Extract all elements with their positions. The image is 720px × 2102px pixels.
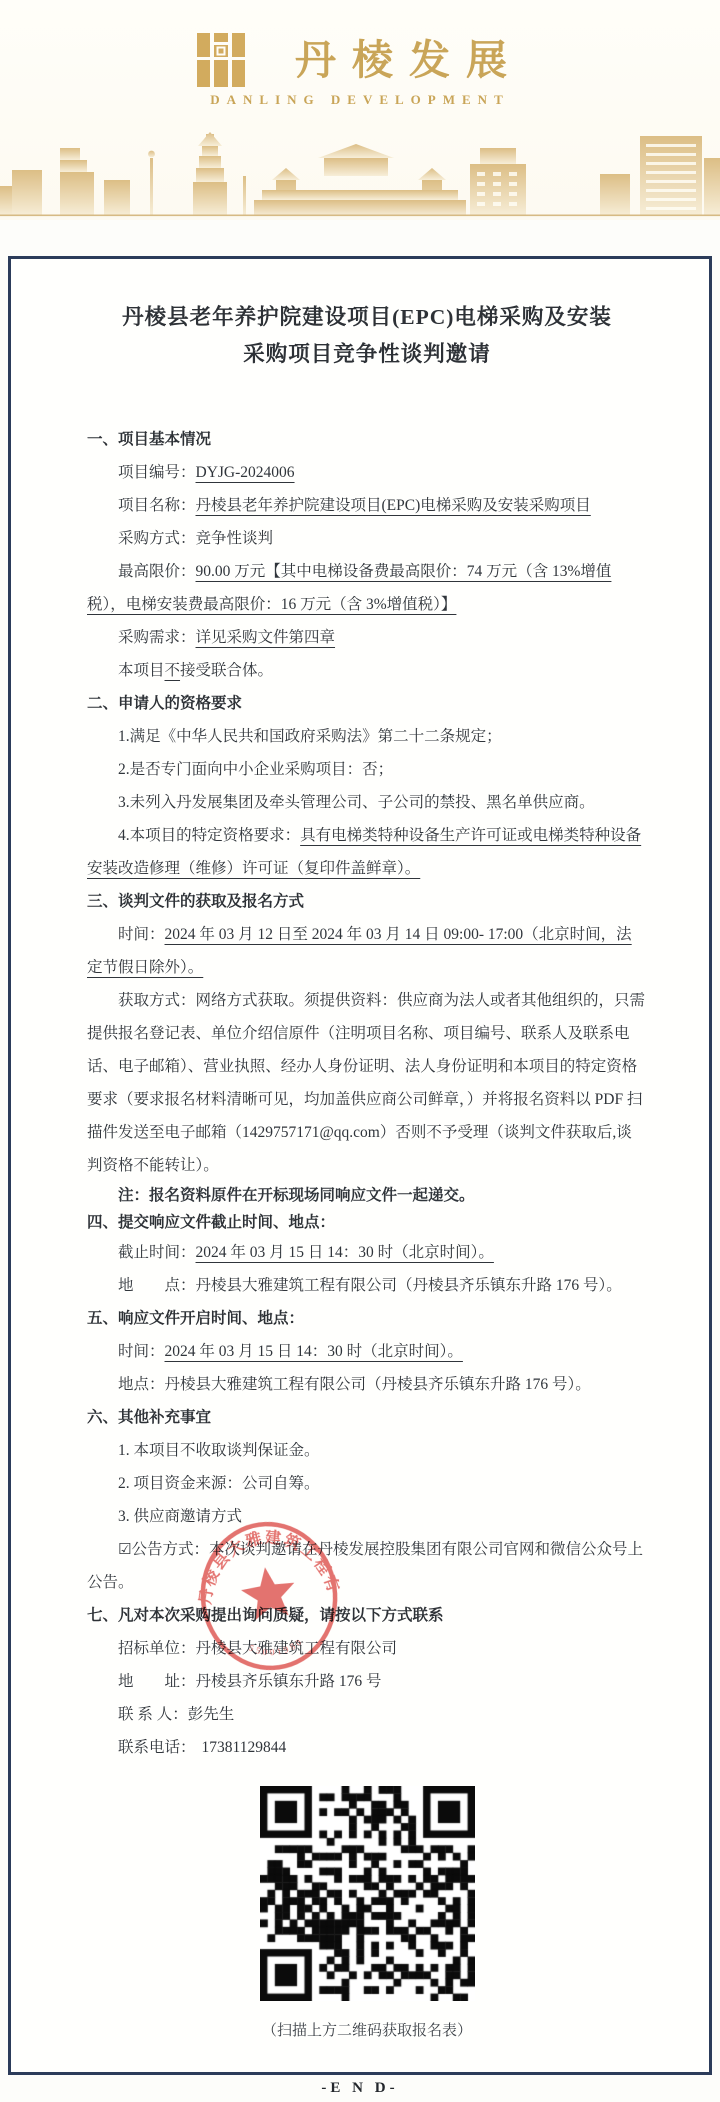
brand-name-en: DANLING DEVELOPMENT [0, 92, 720, 108]
no-consortium-underlined: 不 [165, 662, 181, 679]
contact-person-value: 彭先生 [188, 1706, 235, 1723]
section-4-heading: 四、提交响应文件截止时间、地点： [87, 1209, 647, 1236]
obtain-method-paragraph: 获取方式：网络方式获取。须提供资料：供应商为法人或者其他组织的，只需提供报名登记… [87, 984, 647, 1182]
deadline-value: 2024 年 03 月 15 日 14：30 时（北京时间）。 [196, 1244, 494, 1261]
project-name-line: 项目名称：丹棱县老年养护院建设项目(EPC)电梯采购及安装采购项目 [87, 489, 647, 522]
demand-line: 采购需求：详见采购文件第四章 [87, 621, 647, 654]
danling-logo-icon [197, 33, 245, 87]
contact-phone-value: 17381129844 [202, 1739, 287, 1756]
qualification-item-1: 1.满足《中华人民共和国政府采购法》第二十二条规定； [87, 720, 647, 753]
title-line-1: 丹棱县老年养护院建设项目(EPC)电梯采购及安装 [87, 299, 647, 336]
project-number-label: 项目编号： [118, 464, 196, 481]
section-1-heading: 一、项目基本情况 [87, 423, 647, 456]
qualification-item-3: 3.未列入丹发展集团及牵头管理公司、子公司的禁投、黑名单供应商。 [87, 786, 647, 819]
address-value: 丹棱县齐乐镇东升路 176 号 [196, 1673, 382, 1690]
checked-checkbox-icon: ☑ [118, 1540, 131, 1558]
project-name-label: 项目名称： [118, 497, 196, 514]
submit-place-label: 地 点： [118, 1277, 196, 1294]
announce-method-line: ☑公告方式：本次谈判邀请在丹棱发展控股集团有限公司官网和微信公众号上公告。 [87, 1533, 647, 1599]
contact-phone-line: 联系电话：17381129844 [87, 1731, 647, 1764]
section-5-heading: 五、响应文件开启时间、地点： [87, 1302, 647, 1335]
section-3-heading: 三、谈判文件的获取及报名方式 [87, 885, 647, 918]
brand-row: 丹棱发展 [0, 32, 720, 88]
no-consortium-post: 接受联合体。 [180, 662, 273, 679]
deadline-line: 截止时间：2024 年 03 月 15 日 14：30 时（北京时间）。 [87, 1236, 647, 1269]
tender-org-line: 招标单位：丹棱县大雅建筑工程有限公司 [87, 1632, 647, 1665]
obtain-time-label: 时间： [118, 926, 165, 943]
announcement-document: 丹棱县老年养护院建设项目(EPC)电梯采购及安装 采购项目竞争性谈判邀请 一、项… [8, 256, 712, 2075]
open-place-value: 丹棱县大雅建筑工程有限公司（丹棱县齐乐镇东升路 176 号）。 [165, 1376, 591, 1393]
deadline-label: 截止时间： [118, 1244, 196, 1261]
skyline-graphic [0, 118, 720, 220]
supplement-item-2: 2. 项目资金来源：公司自筹。 [87, 1467, 647, 1500]
stamp-anchor-block: 丹棱县大雅建筑工程有限公司 55001980 ☑公告方式：本次谈判邀请在丹棱发展… [87, 1533, 647, 1764]
section-2-heading: 二、申请人的资格要求 [87, 687, 647, 720]
qualification-item-4: 4.本项目的特定资格要求：具有电梯类特种设备生产许可证或电梯类特种设备安装改造修… [87, 819, 647, 885]
project-number-line: 项目编号：DYJG-2024006 [87, 456, 647, 489]
title-line-2: 采购项目竞争性谈判邀请 [87, 336, 647, 373]
qualification-item-2: 2.是否专门面向中小企业采购项目：否； [87, 753, 647, 786]
tender-org-label: 招标单位： [118, 1640, 196, 1657]
contact-person-line: 联 系 人：彭先生 [87, 1698, 647, 1731]
qr-caption: （扫描上方二维码获取报名表） [87, 2016, 647, 2046]
section-6-heading: 六、其他补充事宜 [87, 1401, 647, 1434]
project-name-value: 丹棱县老年养护院建设项目(EPC)电梯采购及安装采购项目 [196, 497, 591, 514]
brand-name: 丹棱发展 [279, 32, 523, 88]
no-consortium-line: 本项目不接受联合体。 [87, 654, 647, 687]
supplement-item-1: 1. 本项目不收取谈判保证金。 [87, 1434, 647, 1467]
open-time-line: 时间：2024 年 03 月 15 日 14：30 时（北京时间）。 [87, 1335, 647, 1368]
no-consortium-pre: 本项目 [118, 662, 165, 679]
qr-code [260, 1786, 475, 2001]
open-time-label: 时间： [118, 1343, 165, 1360]
project-number-value: DYJG-2024006 [196, 464, 295, 481]
procurement-method-label: 采购方式： [118, 530, 196, 547]
obtain-time-line: 时间：2024 年 03 月 12 日至 2024 年 03 月 14 日 09… [87, 918, 647, 984]
demand-value: 详见采购文件第四章 [196, 629, 336, 646]
page: 丹棱发展 DANLING DEVELOPMENT [0, 0, 720, 2102]
open-place-line: 地点：丹棱县大雅建筑工程有限公司（丹棱县齐乐镇东升路 176 号）。 [87, 1368, 647, 1401]
qualification-item-4-pre: 4.本项目的特定资格要求： [118, 827, 300, 844]
address-line: 地 址：丹棱县齐乐镇东升路 176 号 [87, 1665, 647, 1698]
open-time-value: 2024 年 03 月 15 日 14：30 时（北京时间）。 [165, 1343, 463, 1360]
open-place-label: 地点： [118, 1376, 165, 1393]
procurement-method-value: 竞争性谈判 [196, 530, 274, 547]
supplement-item-3: 3. 供应商邀请方式 [87, 1500, 647, 1533]
end-mark: -E N D- [0, 2077, 720, 2099]
header: 丹棱发展 DANLING DEVELOPMENT [0, 0, 720, 220]
submit-place-line: 地 点：丹棱县大雅建筑工程有限公司（丹棱县齐乐镇东升路 176 号）。 [87, 1269, 647, 1302]
note-line: 注：报名资料原件在开标现场同响应文件一起递交。 [87, 1182, 647, 1209]
obtain-time-value: 2024 年 03 月 12 日至 2024 年 03 月 14 日 09:00… [87, 926, 632, 976]
announce-method-text: 公告方式：本次谈判邀请在丹棱发展控股集团有限公司官网和微信公众号上公告。 [87, 1541, 643, 1591]
document-title: 丹棱县老年养护院建设项目(EPC)电梯采购及安装 采购项目竞争性谈判邀请 [87, 299, 647, 373]
procurement-method-line: 采购方式：竞争性谈判 [87, 522, 647, 555]
price-limit-line: 最高限价：90.00 万元【其中电梯设备费最高限价：74 万元（含 13%增值税… [87, 555, 647, 621]
submit-place-value: 丹棱县大雅建筑工程有限公司（丹棱县齐乐镇东升路 176 号）。 [196, 1277, 622, 1294]
tender-org-value: 丹棱县大雅建筑工程有限公司 [196, 1640, 398, 1657]
contact-person-label: 联 系 人： [118, 1706, 188, 1723]
address-label: 地 址： [118, 1673, 196, 1690]
price-limit-label: 最高限价： [118, 563, 196, 580]
contact-phone-label: 联系电话： [118, 1739, 196, 1756]
qr-code-block [87, 1786, 647, 2006]
section-7-heading: 七、凡对本次采购提出询问质疑，请按以下方式联系 [87, 1599, 647, 1632]
demand-label: 采购需求： [118, 629, 196, 646]
